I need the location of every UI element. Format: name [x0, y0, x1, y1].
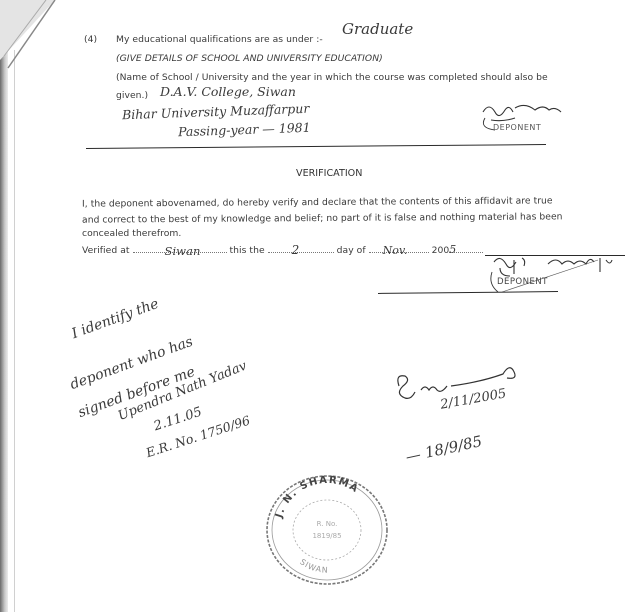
verified-at-field: Siwan	[133, 252, 227, 253]
handwritten-university: Bihar University Muzaffarpur	[122, 101, 310, 123]
year-field: 5	[449, 252, 483, 253]
given-label: given.)	[116, 90, 148, 101]
deponent-label-1: DEPONENT	[493, 123, 541, 132]
verified-at-value: Siwan	[165, 244, 201, 258]
day-of-label: day of	[337, 245, 366, 256]
deponent-label-2: DEPONENT	[497, 277, 548, 287]
year-prefix: 200	[432, 245, 450, 256]
deponent-signature-1	[475, 98, 585, 138]
verification-title: VERIFICATION	[296, 168, 362, 179]
qualification-label: My educational qualifications are as und…	[116, 34, 323, 45]
verification-body-line3: concealed therefrom.	[82, 228, 181, 239]
day-field: 2	[268, 252, 334, 253]
commissioner-reg-line: — 18/9/85	[404, 432, 484, 466]
section-divider	[86, 144, 546, 149]
month-field: Nov.	[369, 252, 429, 253]
deponent-signature-2	[488, 252, 628, 294]
folded-corner	[0, 0, 70, 70]
verified-at-label: Verified at	[82, 245, 130, 256]
verification-body-line2: and correct to the best of my knowledge …	[82, 211, 563, 225]
section-number: (4)	[84, 34, 97, 45]
handwritten-college: D.A.V. College, Siwan	[160, 84, 296, 99]
margin-line	[14, 50, 15, 612]
details-instruction: (GIVE DETAILS OF SCHOOL AND UNIVERSITY E…	[116, 53, 383, 64]
this-the-label: this the	[230, 245, 265, 256]
svg-text:J. N. SHARMA: J. N. SHARMA	[273, 475, 360, 520]
qualification-handwritten: Graduate	[342, 20, 413, 38]
svg-text:R. No.: R. No.	[317, 520, 338, 528]
year-value: 5	[449, 243, 456, 256]
month-value: Nov.	[383, 244, 408, 257]
verified-at-row: Verified at Siwan this the 2 day of Nov.…	[82, 245, 483, 256]
handwritten-passing-year: Passing-year — 1981	[178, 120, 311, 140]
notary-stamp: J. N. SHARMA SIWAN R. No. 1819/85	[262, 468, 392, 586]
binder-edge	[0, 0, 8, 612]
verification-body-line1: I, the deponent abovenamed, do hereby ve…	[82, 195, 553, 209]
identification-line-1: I identify the	[70, 297, 161, 341]
name-instruction: (Name of School / University and the yea…	[116, 72, 548, 83]
svg-text:1819/85: 1819/85	[312, 532, 341, 540]
day-value: 2	[292, 243, 300, 257]
